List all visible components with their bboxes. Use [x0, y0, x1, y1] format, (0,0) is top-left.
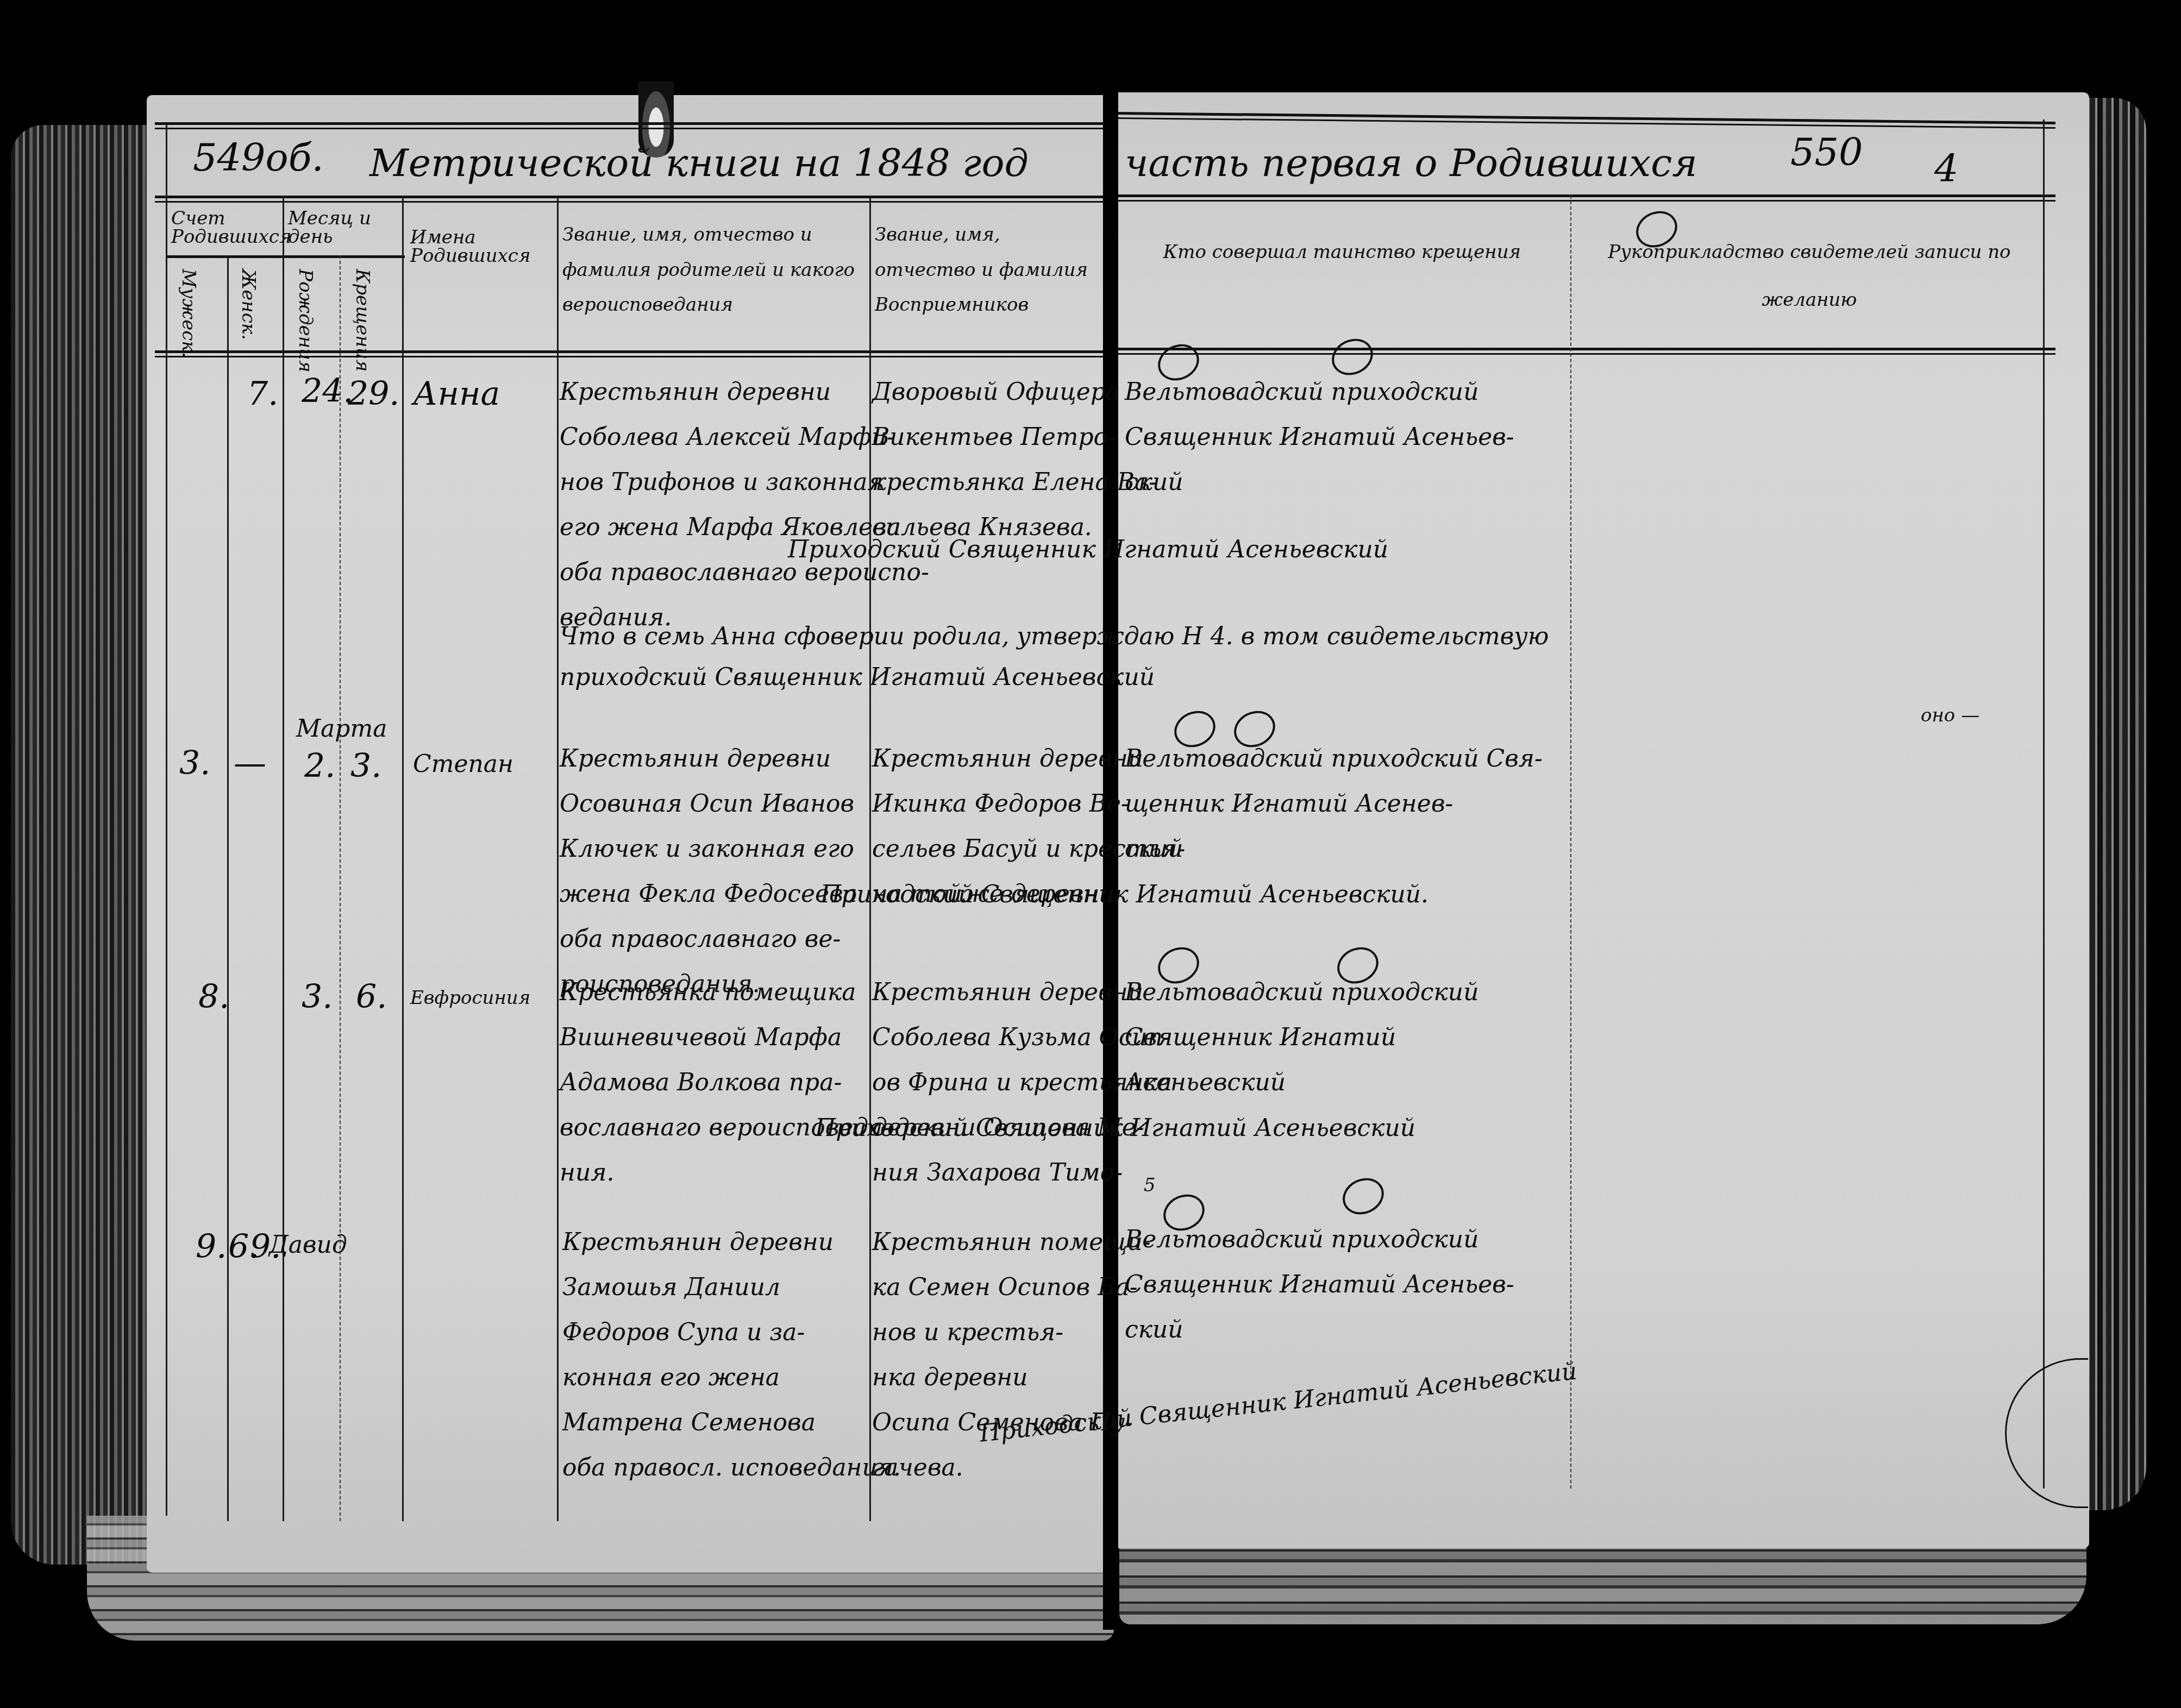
entry-birth-day: 24. — [302, 375, 353, 407]
page-title-left: Метрической книги на 1848 год — [369, 144, 1029, 182]
col-line — [402, 196, 404, 1521]
entry-signature: Приходский Священник Игнатий Асеньевский… — [820, 883, 1428, 907]
entry-godparents: Дворовый ОфицераВикентьев Петро- крестья… — [872, 369, 1157, 550]
entry-female-no: 7. — [247, 378, 278, 410]
title-bottom-rule — [155, 196, 1103, 203]
entry-performed-by: Вельтовадский приходский Свя-щенник Игна… — [1125, 736, 1543, 871]
col-line — [340, 255, 341, 1521]
entry-male-no: 3. — [179, 747, 210, 780]
col-line — [1570, 196, 1571, 1489]
col-line — [283, 196, 284, 1521]
right-folio-number: 550 — [1790, 133, 1863, 171]
entry-child-name: Давид — [269, 1233, 347, 1257]
entry-female-no: — — [234, 747, 266, 780]
entry-month: Марта — [296, 717, 387, 741]
col-header-count-female: Женск. — [239, 269, 258, 340]
entry-birth-day: 2. — [304, 750, 335, 782]
title-bottom-rule-right — [1118, 194, 2055, 202]
entry-parents: Крестьянка помещикаВишневичевой Марфа Ад… — [560, 970, 891, 1195]
page-stamp: 5 — [1144, 1176, 1156, 1195]
left-folio-number: 549об. — [193, 139, 324, 177]
page-title-right: часть первая о Родившихся — [1125, 144, 1697, 182]
note-line-2: приходский Священник Игнатий Асеньевский — [560, 665, 1155, 689]
entry-male-no: 9. — [196, 1230, 227, 1263]
entry-signature: Приходский Священник Игнатий Асеньевский — [788, 538, 1388, 562]
entry-signature: Приходский Священник Игнатий Асеньевский — [815, 1116, 1415, 1140]
col-header-names: Имена Родившихся — [410, 228, 551, 265]
col-line — [166, 125, 167, 1516]
entry-performed-by: Вельтовадский приходскийСвященник Игнати… — [1125, 970, 1479, 1105]
entry-baptism-day: 3. — [350, 750, 381, 782]
entry-baptism-day: 29. — [348, 378, 399, 410]
entry-performed-by: Вельтовадский приходскийСвященник Игнати… — [1125, 369, 1514, 505]
col-header-godparents: Звание, имя, отчество и фамилия Восприем… — [875, 217, 1100, 323]
entry-child-name: Анна — [413, 378, 500, 410]
col-line — [2043, 120, 2045, 1489]
col-header-birth: Рождения — [296, 269, 315, 372]
col-line — [557, 196, 559, 1521]
colhead-sub-rule — [166, 255, 405, 258]
entry-parents: Крестьянин деревниОсовиная Осип Иванов К… — [560, 736, 857, 1007]
col-header-count: Счет Родившихся — [171, 209, 280, 246]
col-header-performed-by: Кто совершал таинство крещения — [1125, 228, 1559, 276]
entry-female-no: 8. — [198, 981, 229, 1013]
entry-child-name: Степан — [413, 752, 513, 776]
col-line — [227, 255, 229, 1521]
margin-note: оно — — [1921, 706, 1979, 725]
note-line-1: Что в семь Анна сфоверии родила, утвержд… — [560, 625, 1549, 649]
header-top-rule — [155, 122, 1103, 129]
entry-parents: Крестьянин деревниЗамошья Даниил Федоров… — [562, 1220, 901, 1490]
colhead-bottom-rule-right — [1118, 348, 2055, 355]
entry-godparents: Крестьянин помещи-ка Семен Осипов Ба- но… — [872, 1220, 1151, 1490]
entry-performed-by: Вельтовадский приходскийСвященник Игнати… — [1125, 1217, 1514, 1352]
col-header-baptism: Крещения — [353, 269, 372, 372]
right-folio-mark: 4 — [1934, 149, 1959, 187]
col-header-month-day: Месяц и день — [288, 209, 397, 246]
col-header-parents: Звание, имя, отчество и фамилия родителе… — [562, 217, 864, 323]
entry-baptism-day: 6. — [356, 981, 387, 1013]
col-header-count-male: Мужеск. — [179, 269, 198, 357]
entry-birth-day: 3. — [302, 981, 333, 1013]
entry-child-name: Евфросиния — [410, 989, 530, 1007]
